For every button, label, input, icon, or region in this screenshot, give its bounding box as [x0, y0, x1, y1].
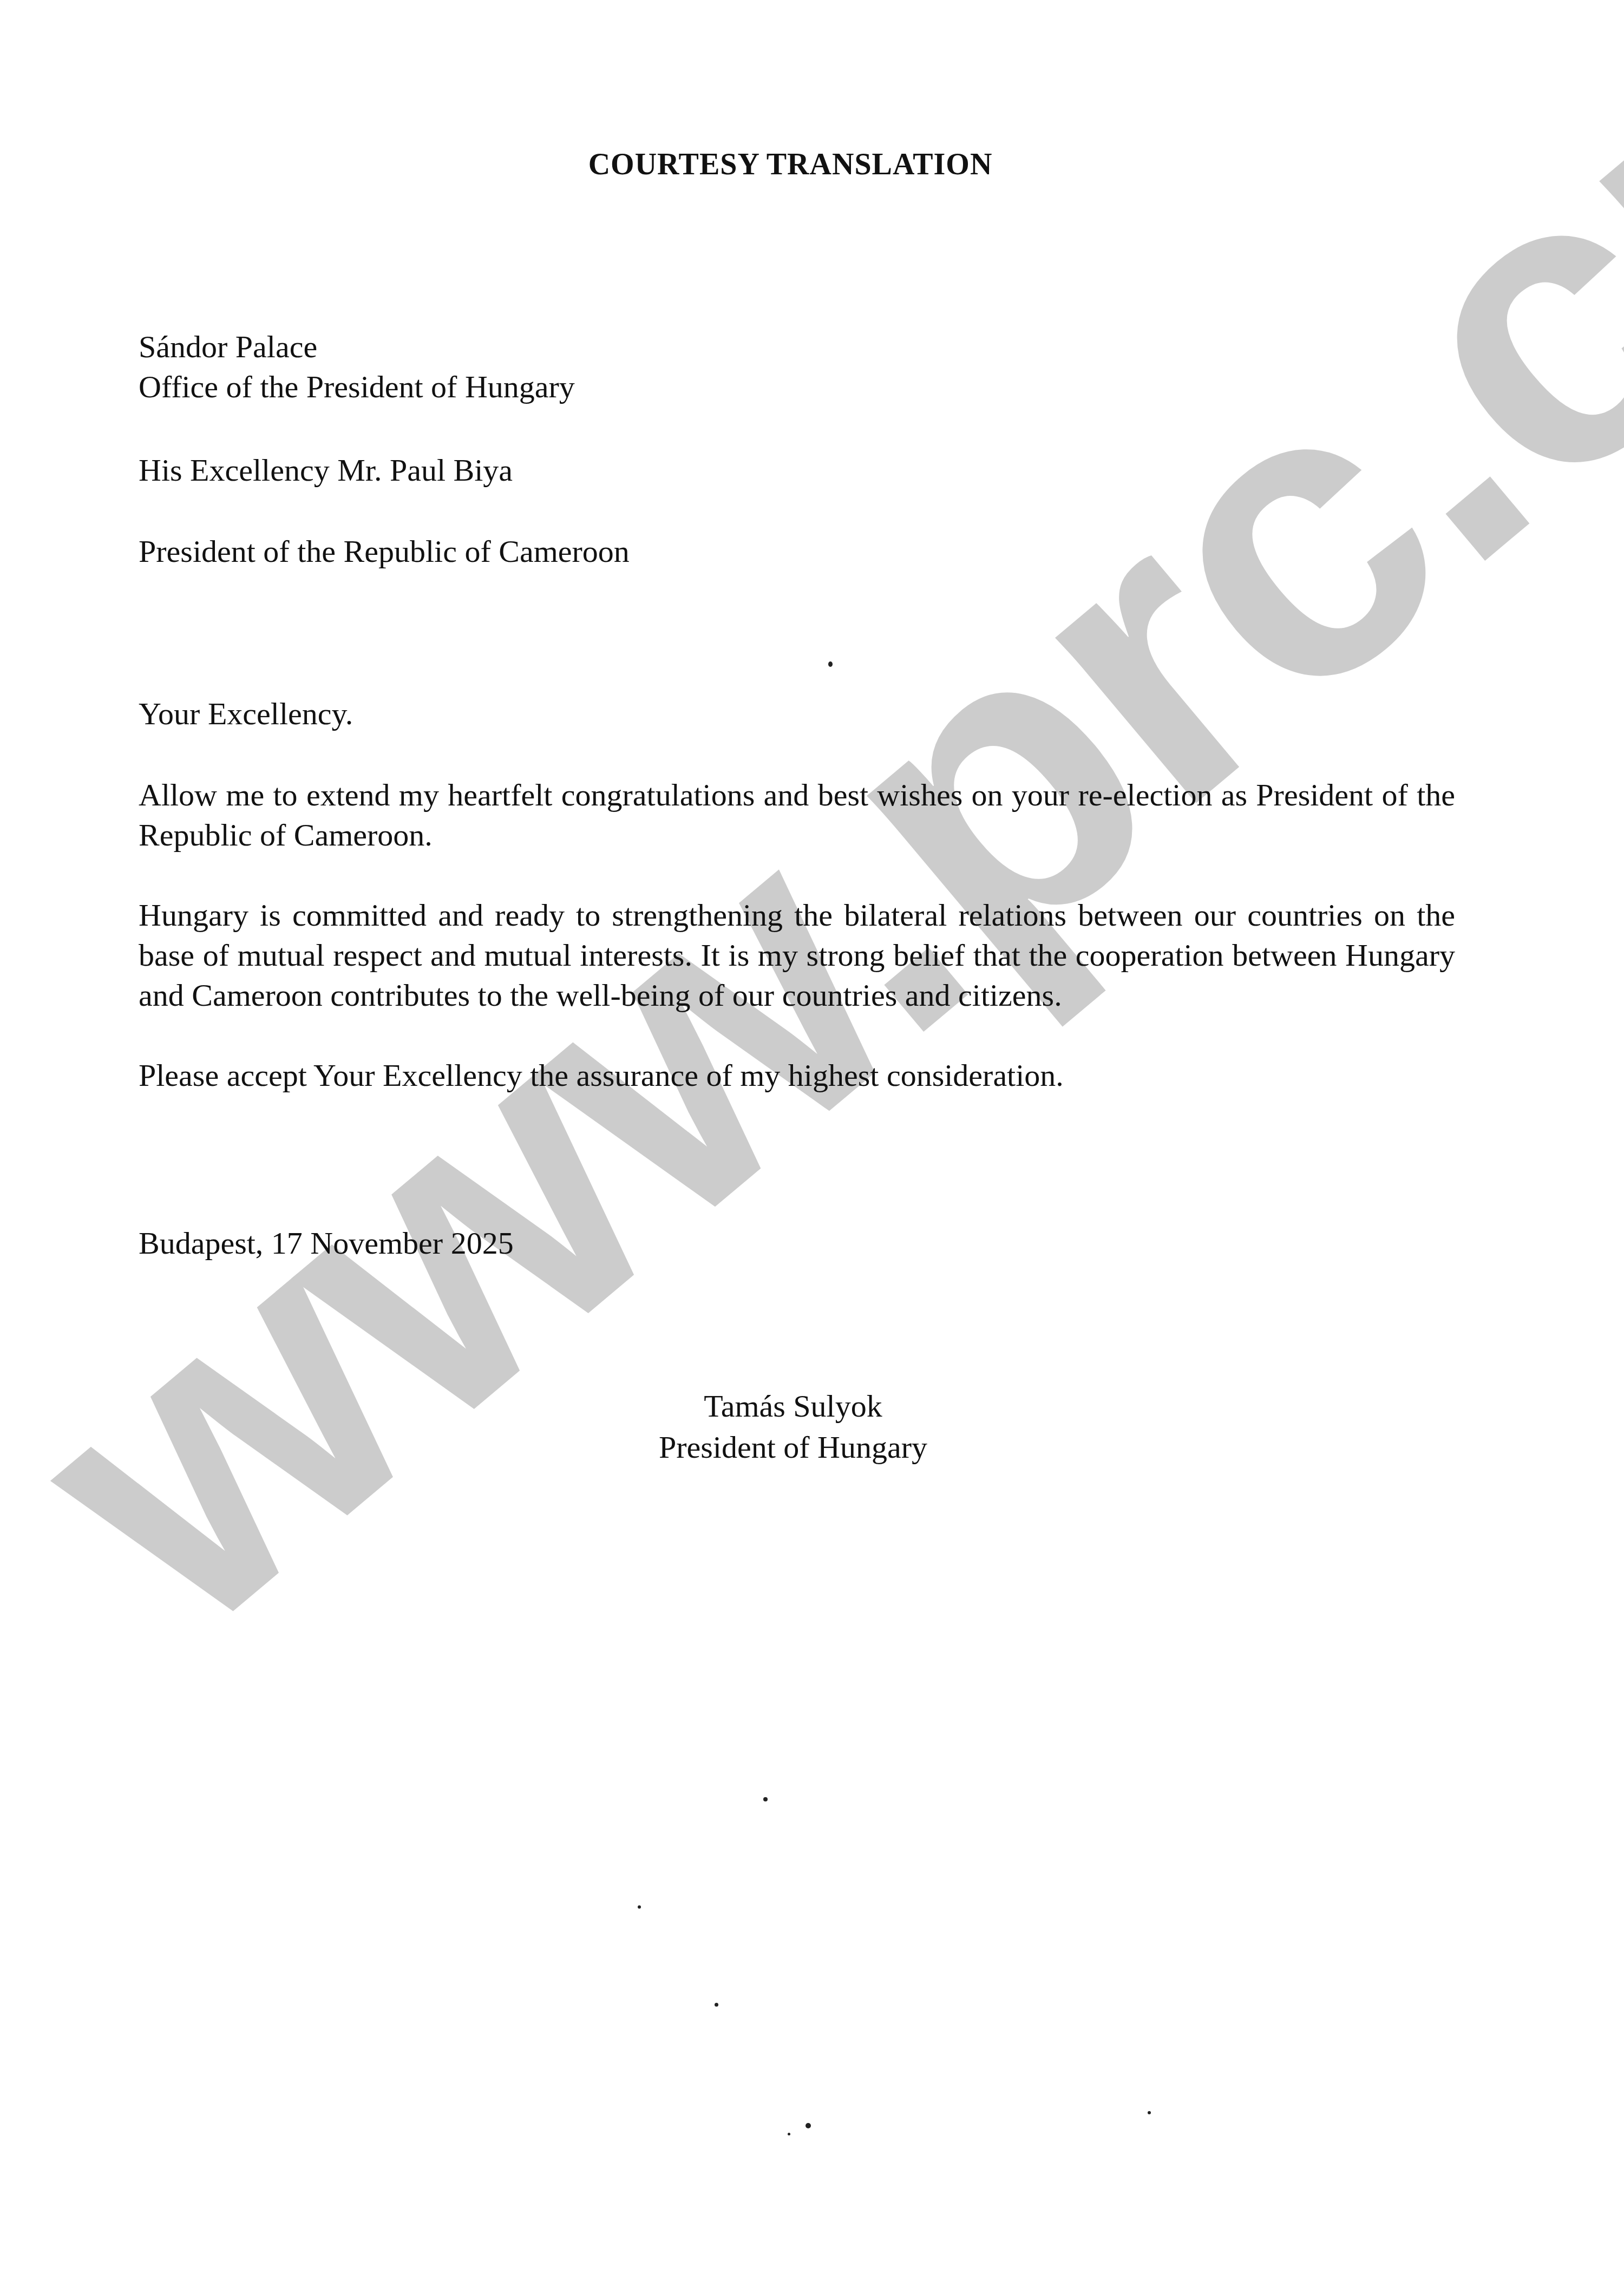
signature-block: Tamás Sulyok President of Hungary [647, 1386, 939, 1468]
recipient-name: His Excellency Mr. Paul Biya [139, 455, 513, 486]
signatory-name: Tamás Sulyok [647, 1386, 939, 1427]
scan-speck [806, 2123, 811, 2128]
sender-line-1: Sándor Palace [139, 331, 317, 363]
letter-page: www.prc.cm COURTESY TRANSLATION Sándor P… [0, 0, 1624, 2274]
place-date: Budapest, 17 November 2025 [139, 1228, 514, 1259]
scan-speck [763, 1797, 768, 1801]
recipient-title: President of the Republic of Cameroon [139, 536, 630, 567]
scan-speck [788, 2133, 790, 2135]
paragraph-congratulations: Allow me to extend my heartfelt congratu… [139, 775, 1455, 855]
paragraph-closing: Please accept Your Excellency the assura… [139, 1056, 1455, 1096]
scan-speck [715, 2003, 718, 2007]
scan-speck [1148, 2111, 1151, 2114]
scan-speck [638, 1905, 641, 1909]
salutation: Your Excellency. [139, 698, 353, 730]
document-title: COURTESY TRANSLATION [0, 147, 1602, 182]
paragraph-relations: Hungary is committed and ready to streng… [139, 895, 1455, 1015]
scan-speck [828, 661, 833, 667]
sender-line-2: Office of the President of Hungary [139, 371, 575, 403]
signatory-title: President of Hungary [647, 1427, 939, 1468]
